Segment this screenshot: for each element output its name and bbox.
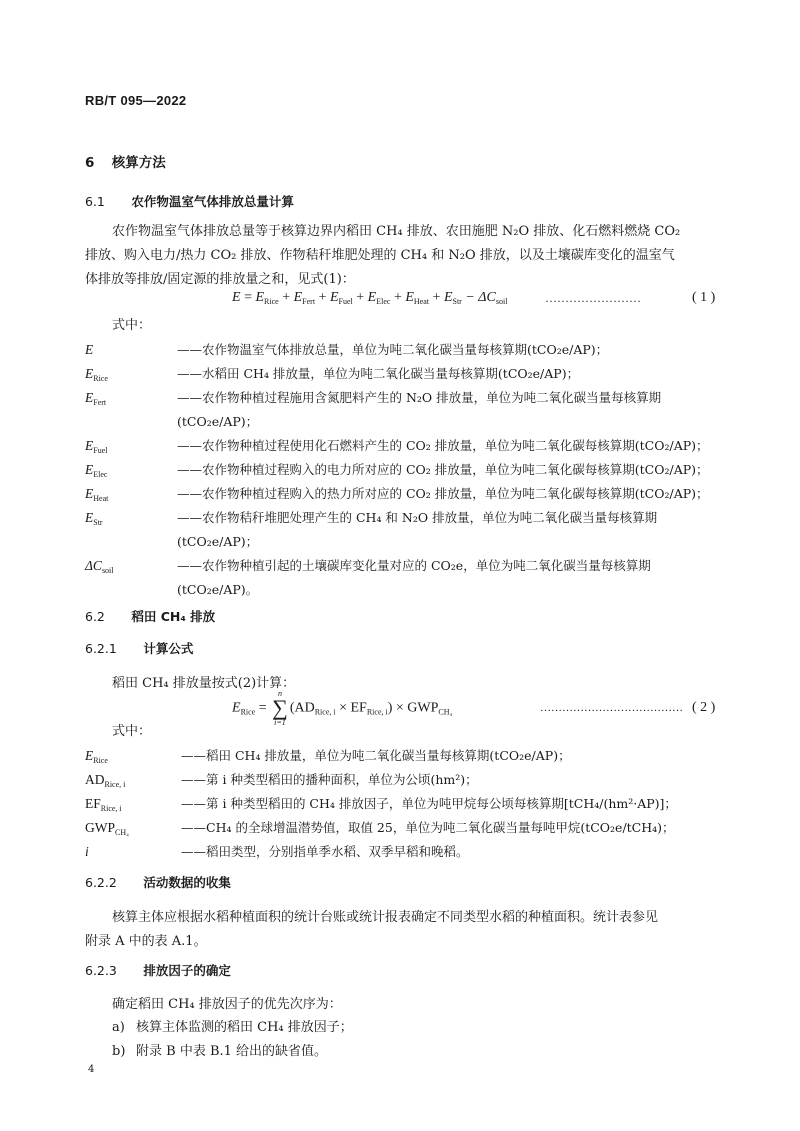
summation-sign: n∑i=1 [272, 690, 288, 727]
formula-symbol: ) × GWP [388, 701, 439, 716]
definition-text: ——稻田类型，分别指单季水稻、双季早稻和晚稻。 [181, 840, 469, 864]
paragraph-line: 确定稻田 CH₄ 排放因子的优先次序为： [112, 993, 342, 1017]
definition-text: ——第 i 种类型稻田的播种面积，单位为公顷(hm²)； [181, 768, 478, 792]
formula-2: ERice = n∑i=1(ADRice, i × EFRice, i) × G… [232, 690, 452, 727]
list-item: a)核算主体监测的稻田 CH₄ 排放因子； [112, 1016, 353, 1040]
definition-symbol: GWPCH₄ [85, 816, 129, 845]
formula-subscript: CH₄ [438, 708, 452, 717]
document-id-header: RB/T 095—2022 [85, 93, 186, 108]
definition-text: ——农作物种植过程使用化石燃料产生的 CO₂ 排放量，单位为吨二氧化碳每核算期(… [177, 434, 709, 458]
section-6-2-2-heading: 6.2.2 活动数据的收集 [85, 873, 231, 891]
formula-subscript: Rice, i [367, 708, 388, 717]
section-number: 6.2 [85, 609, 127, 624]
section-number: 6.2.1 [85, 641, 139, 656]
equals-sign: = [255, 701, 270, 716]
paragraph-line: 排放、购入电力/热力 CO₂ 排放、作物秸秆堆肥处理的 CH₄ 和 N₂O 排放… [85, 244, 675, 268]
formula-symbol: × EF [336, 701, 367, 716]
formula-symbol: E [368, 290, 377, 305]
formula-symbol: E [255, 290, 264, 305]
section-title: 核算方法 [112, 155, 166, 171]
definition-text: ——农作物温室气体排放总量，单位为吨二氧化碳当量每核算期(tCO₂e/AP)； [177, 338, 608, 362]
section-title: 活动数据的收集 [143, 875, 231, 890]
definition-text: ——农作物种植过程施用含氮肥料产生的 N₂O 排放量，单位为吨二氧化碳当量每核算… [177, 386, 661, 410]
formula-symbol: (AD [290, 701, 315, 716]
definition-text: ——水稻田 CH₄ 排放量，单位为吨二氧化碳当量每核算期(tCO₂e/AP)； [177, 362, 579, 386]
formula-number: ( 2 ) [692, 700, 715, 716]
definition-text: ——稻田 CH₄ 排放量，单位为吨二氧化碳当量每核算期(tCO₂e/AP)； [181, 744, 571, 768]
formula-subscript: soil [496, 297, 508, 306]
definition-symbol: EFert [85, 386, 106, 415]
formula-symbol: − ΔC [462, 290, 496, 305]
section-6-1-heading: 6.1 农作物温室气体排放总量计算 [85, 192, 294, 210]
paragraph-line: 核算主体应根据水稻种植面积的统计台账或统计报表确定不同类型水稻的种植面积。统计表… [112, 906, 658, 930]
definition-text: ——农作物种植过程购入的电力所对应的 CO₂ 排放量，单位为吨二氧化碳每核算期(… [177, 458, 709, 482]
definition-continuation: (tCO₂e/AP)； [177, 410, 258, 434]
formula-subscript: Str [453, 297, 462, 306]
definition-text: ——农作物种植引起的土壤碳库变化量对应的 CO₂e，单位为吨二氧化碳当量每核算期 [177, 554, 651, 578]
definition-text: ——第 i 种类型稻田的 CH₄ 排放因子，单位为吨甲烷每公顷每核算期[tCH₄… [181, 792, 677, 816]
formula-1: E = ERice + EFert + EFuel + EElec + EHea… [232, 290, 507, 306]
definition-continuation: (tCO₂e/AP)； [177, 530, 258, 554]
definition-symbol: EStr [85, 506, 103, 535]
definition-text: ——CH₄ 的全球增温潜势值，取值 25，单位为吨二氧化碳当量每吨甲烷(tCO₂… [181, 816, 675, 840]
list-label: a) [112, 1016, 136, 1040]
section-6-2-3-heading: 6.2.3 排放因子的确定 [85, 961, 231, 979]
formula-subscript: Rice [241, 708, 256, 717]
formula-symbol: E [294, 290, 303, 305]
formula-leader-dots: ………………………………… [540, 702, 683, 714]
section-6-2-1-heading: 6.2.1 计算公式 [85, 639, 193, 657]
plus-sign: + [279, 290, 294, 305]
formula-symbol: E [232, 290, 241, 305]
paragraph-line: 农作物温室气体排放总量等于核算边界内稻田 CH₄ 排放、农田施肥 N₂O 排放、… [112, 220, 680, 244]
list-text: 核算主体监测的稻田 CH₄ 排放因子； [136, 1020, 353, 1035]
formula-subscript: Rice, i [315, 708, 336, 717]
definition-text: ——农作物秸秆堆肥处理产生的 CH₄ 和 N₂O 排放量，单位为吨二氧化碳当量每… [177, 506, 657, 530]
section-title: 计算公式 [143, 641, 193, 656]
section-6-2-heading: 6.2 稻田 CH₄ 排放 [85, 607, 215, 625]
section-title: 农作物温室气体排放总量计算 [131, 194, 294, 209]
plus-sign: + [315, 290, 330, 305]
where-label: 式中： [112, 720, 151, 744]
section-number: 6.2.3 [85, 963, 139, 978]
formula-symbol: E [444, 290, 453, 305]
formula-subscript: Fuel [339, 297, 353, 306]
definition-symbol: i [85, 840, 89, 864]
plus-sign: + [429, 290, 444, 305]
formula-symbol: E [405, 290, 414, 305]
formula-symbol: E [330, 290, 339, 305]
formula-symbol: E [232, 701, 241, 716]
paragraph-line: 体排放等排放/固定源的排放量之和，见式(1)： [85, 268, 355, 292]
list-label: b) [112, 1040, 136, 1064]
section-number: 6.1 [85, 194, 127, 209]
list-text: 附录 B 中表 B.1 给出的缺省值。 [136, 1044, 327, 1059]
equals-sign: = [241, 290, 256, 305]
formula-subscript: Elec [376, 297, 390, 306]
plus-sign: + [353, 290, 368, 305]
definition-text: ——农作物种植过程购入的热力所对应的 CO₂ 排放量，单位为吨二氧化碳每核算期(… [177, 482, 709, 506]
plus-sign: + [390, 290, 405, 305]
formula-subscript: Rice [264, 297, 279, 306]
section-number: 6.2.2 [85, 875, 139, 890]
section-6-heading: 6 核算方法 [85, 151, 166, 171]
section-title: 排放因子的确定 [143, 963, 231, 978]
list-item: b)附录 B 中表 B.1 给出的缺省值。 [112, 1040, 327, 1064]
section-title: 稻田 CH₄ 排放 [131, 609, 215, 624]
page-number: 4 [88, 1064, 94, 1075]
section-number: 6 [85, 155, 107, 171]
where-label: 式中： [112, 314, 151, 338]
definition-continuation: (tCO₂e/AP)。 [177, 578, 258, 602]
paragraph-line: 附录 A 中的表 A.1。 [85, 930, 207, 954]
definition-symbol: ΔCsoil [85, 554, 114, 583]
formula-subscript: Fert [302, 297, 315, 306]
formula-number: ( 1 ) [692, 290, 715, 306]
formula-subscript: Heat [414, 297, 429, 306]
formula-leader-dots: …………………… [545, 291, 641, 306]
